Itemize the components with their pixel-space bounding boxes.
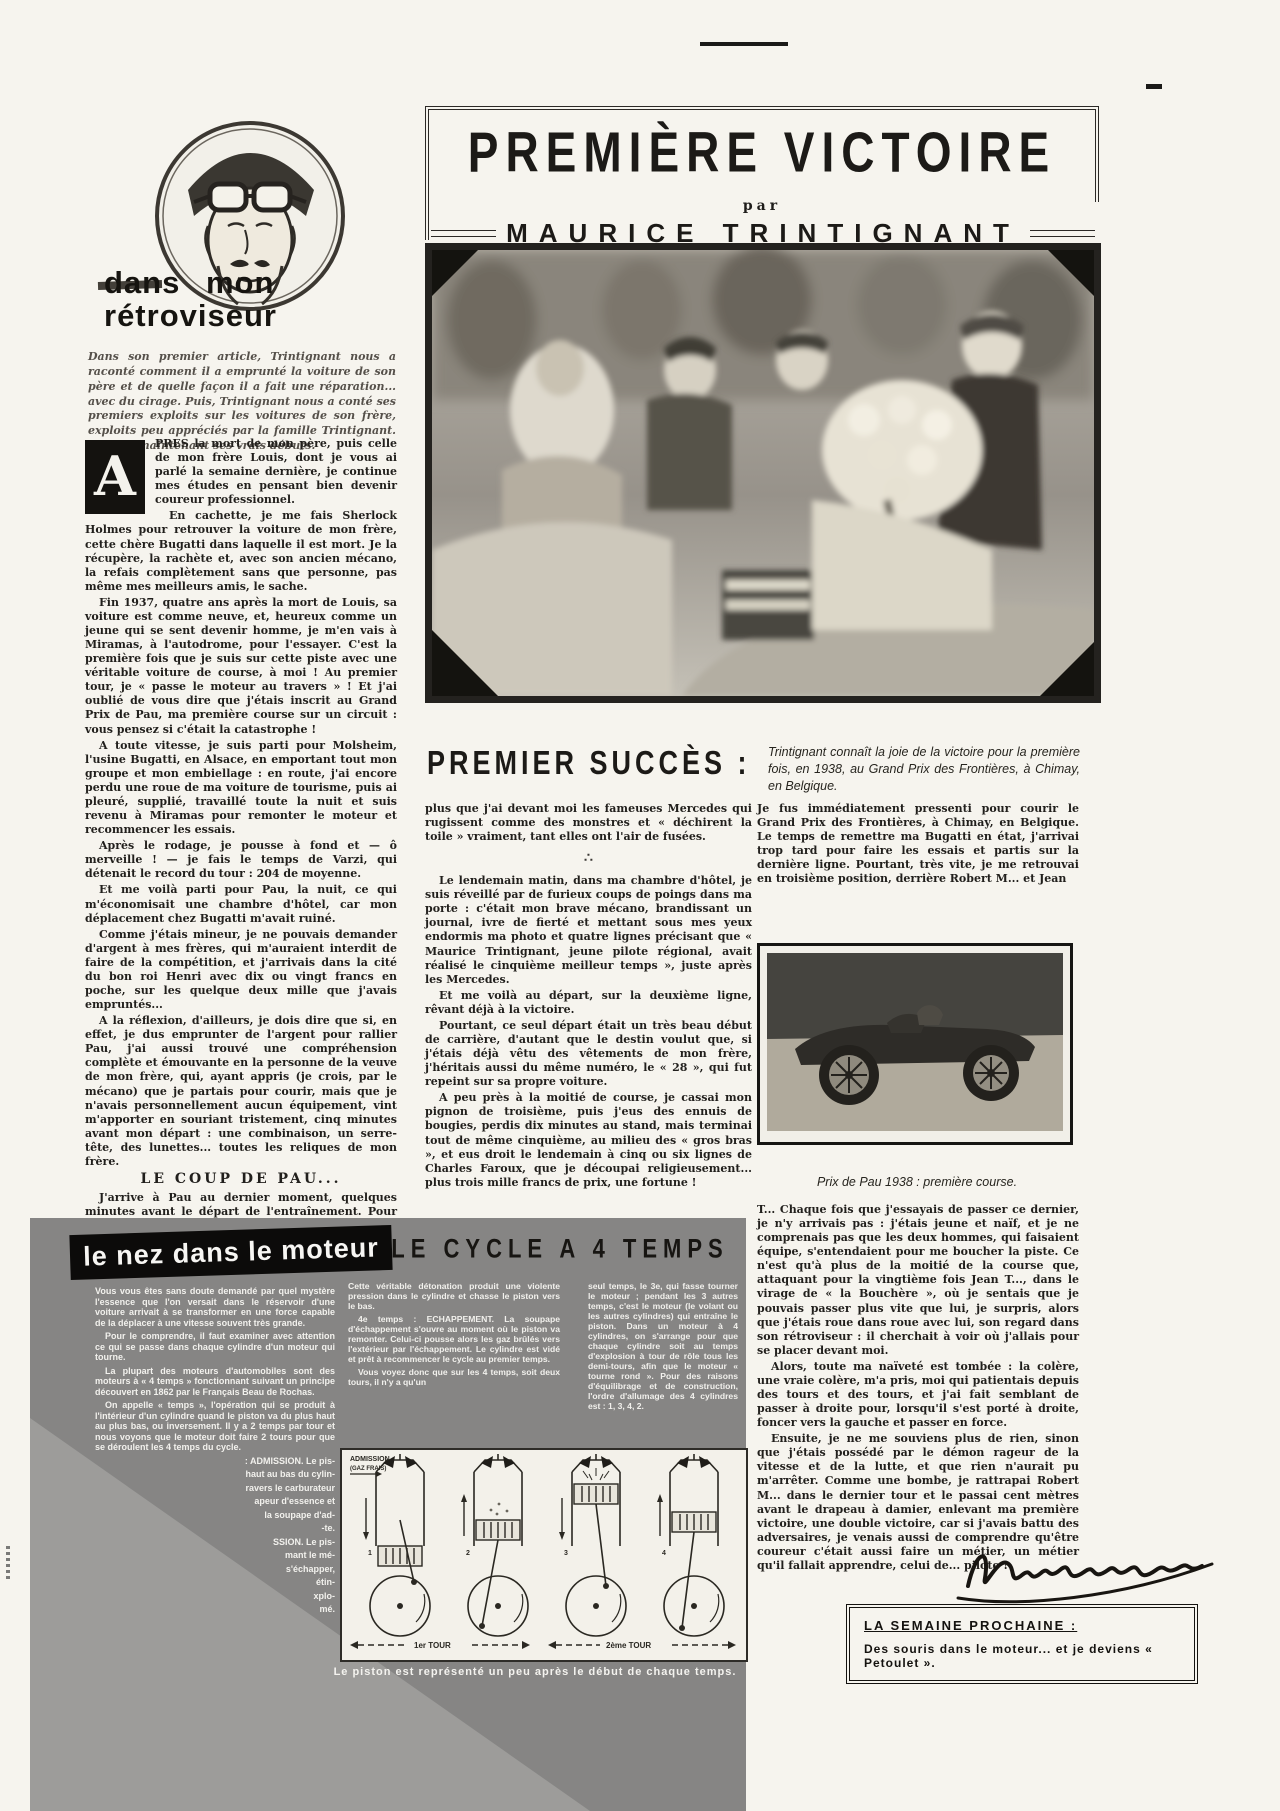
- cylinder-number: 1: [368, 1550, 372, 1557]
- signature-autograph: [950, 1536, 1230, 1614]
- page-title: PREMIÈRE VICTOIRE: [468, 101, 1056, 203]
- column-title: dans mon rétroviseur: [104, 266, 384, 333]
- paragraph: A toute vitesse, je suis parti pour Mols…: [85, 739, 397, 838]
- author-right-rule: [1030, 230, 1095, 237]
- engine-cycle-diagram: ADMISSION (GAZ FRAIS) 1: [340, 1448, 748, 1662]
- paragraph: A peu près à la moitié de course, je cas…: [425, 1091, 752, 1190]
- cycle-heading-text: LE CYCLE A 4 TEMPS: [391, 1233, 728, 1265]
- victory-photo: [425, 243, 1101, 703]
- paragraph: APRES la mort de mon père, puis celle de…: [85, 437, 397, 507]
- dropcap-letter: A: [85, 440, 145, 514]
- cylinder-number: 2: [466, 1550, 470, 1557]
- masthead: PREMIÈRE VICTOIRE par MAURICE TRINTIGNAN…: [425, 106, 1099, 246]
- byline-prefix: par: [425, 198, 1099, 214]
- article-middle-column: plus que j'ai devant moi les fameuses Me…: [425, 802, 752, 1192]
- second-tour-label: 2ème TOUR: [606, 1641, 651, 1650]
- paragraph: Et me voilà parti pour Pau, la nuit, ce …: [85, 883, 397, 925]
- pau-photo-caption: Prix de Pau 1938 : première course.: [757, 1174, 1077, 1191]
- top-rule-mark: [700, 42, 788, 46]
- next-week-text: Des souris dans le moteur... et je devie…: [864, 1642, 1180, 1670]
- article-right-column-top: Je fus immédiatement pressenti pour cour…: [757, 802, 1079, 888]
- paragraph: Alors, toute ma naïveté est tombée : la …: [757, 1360, 1079, 1430]
- pau-photo: [757, 943, 1073, 1145]
- pau-photo-image: [767, 953, 1063, 1131]
- masthead-frame: PREMIÈRE VICTOIRE: [425, 106, 1099, 202]
- magazine-page: PREMIÈRE VICTOIRE par MAURICE TRINTIGNAN…: [0, 0, 1280, 1811]
- first-tour-label: 1er TOUR: [414, 1641, 451, 1650]
- next-week-title: LA SEMAINE PROCHAINE :: [864, 1618, 1180, 1633]
- paragraph: Le lendemain matin, dans ma chambre d'hô…: [425, 874, 752, 987]
- paragraph: Comme j'étais mineur, je ne pouvais dema…: [85, 928, 397, 1012]
- paragraph: A la réflexion, d'ailleurs, je dois dire…: [85, 1014, 397, 1169]
- paragraph: Fin 1937, quatre ans après la mort de Lo…: [85, 596, 397, 737]
- banner-text: le nez dans le moteur: [83, 1232, 379, 1272]
- margin-microprint: [6, 1546, 10, 1580]
- admission-label: ADMISSION: [350, 1456, 390, 1463]
- technical-section: Vous vous êtes sans doute demandé par qu…: [30, 1218, 746, 1811]
- top-right-mark: [1146, 84, 1162, 89]
- cycle-heading: LE CYCLE A 4 TEMPS: [385, 1236, 735, 1262]
- section-heading-text: PREMIER SUCCÈS :: [427, 745, 751, 783]
- section-ornament: ∴: [425, 850, 752, 868]
- next-week-box: LA SEMAINE PROCHAINE : Des souris dans l…: [846, 1604, 1198, 1684]
- diagram-caption: Le piston est représenté un peu après le…: [330, 1666, 740, 1678]
- cylinder-number: 4: [662, 1550, 666, 1557]
- author-left-rule: [431, 230, 496, 237]
- column-title-line1: dans mon: [104, 266, 384, 299]
- paragraph: Et me voilà au départ, sur la deuxième l…: [425, 989, 752, 1017]
- paragraph: Je fus immédiatement pressenti pour cour…: [757, 802, 1079, 886]
- paragraph: T... Chaque fois que j'essayais de passe…: [757, 1203, 1079, 1358]
- paragraph: Après le rodage, je pousse à fond et — ô…: [85, 839, 397, 881]
- paragraph: plus que j'ai devant moi les fameuses Me…: [425, 802, 752, 844]
- paragraph: En cachette, je me fais Sherlock Holmes …: [85, 509, 397, 593]
- column-title-line2: rétroviseur: [104, 299, 384, 332]
- article-left-column: APRES la mort de mon père, puis celle de…: [85, 437, 397, 1291]
- section-heading-premier-succes: PREMIER SUCCÈS :: [427, 748, 757, 779]
- main-photo-caption: Trintignant connaît la joie de la victoi…: [768, 744, 1080, 795]
- paragraph: Pourtant, ce seul départ était un très b…: [425, 1019, 752, 1089]
- engine-cycle-diagram-image: ADMISSION (GAZ FRAIS) 1: [342, 1450, 742, 1656]
- paragraph-text: PRES la mort de mon père, puis celle de …: [155, 437, 397, 506]
- article-right-column-bottom: T... Chaque fois que j'essayais de passe…: [757, 1203, 1079, 1575]
- victory-photo-image: [432, 250, 1094, 696]
- subheading: LE COUP DE PAU...: [85, 1171, 397, 1189]
- cylinder-number: 3: [564, 1550, 568, 1557]
